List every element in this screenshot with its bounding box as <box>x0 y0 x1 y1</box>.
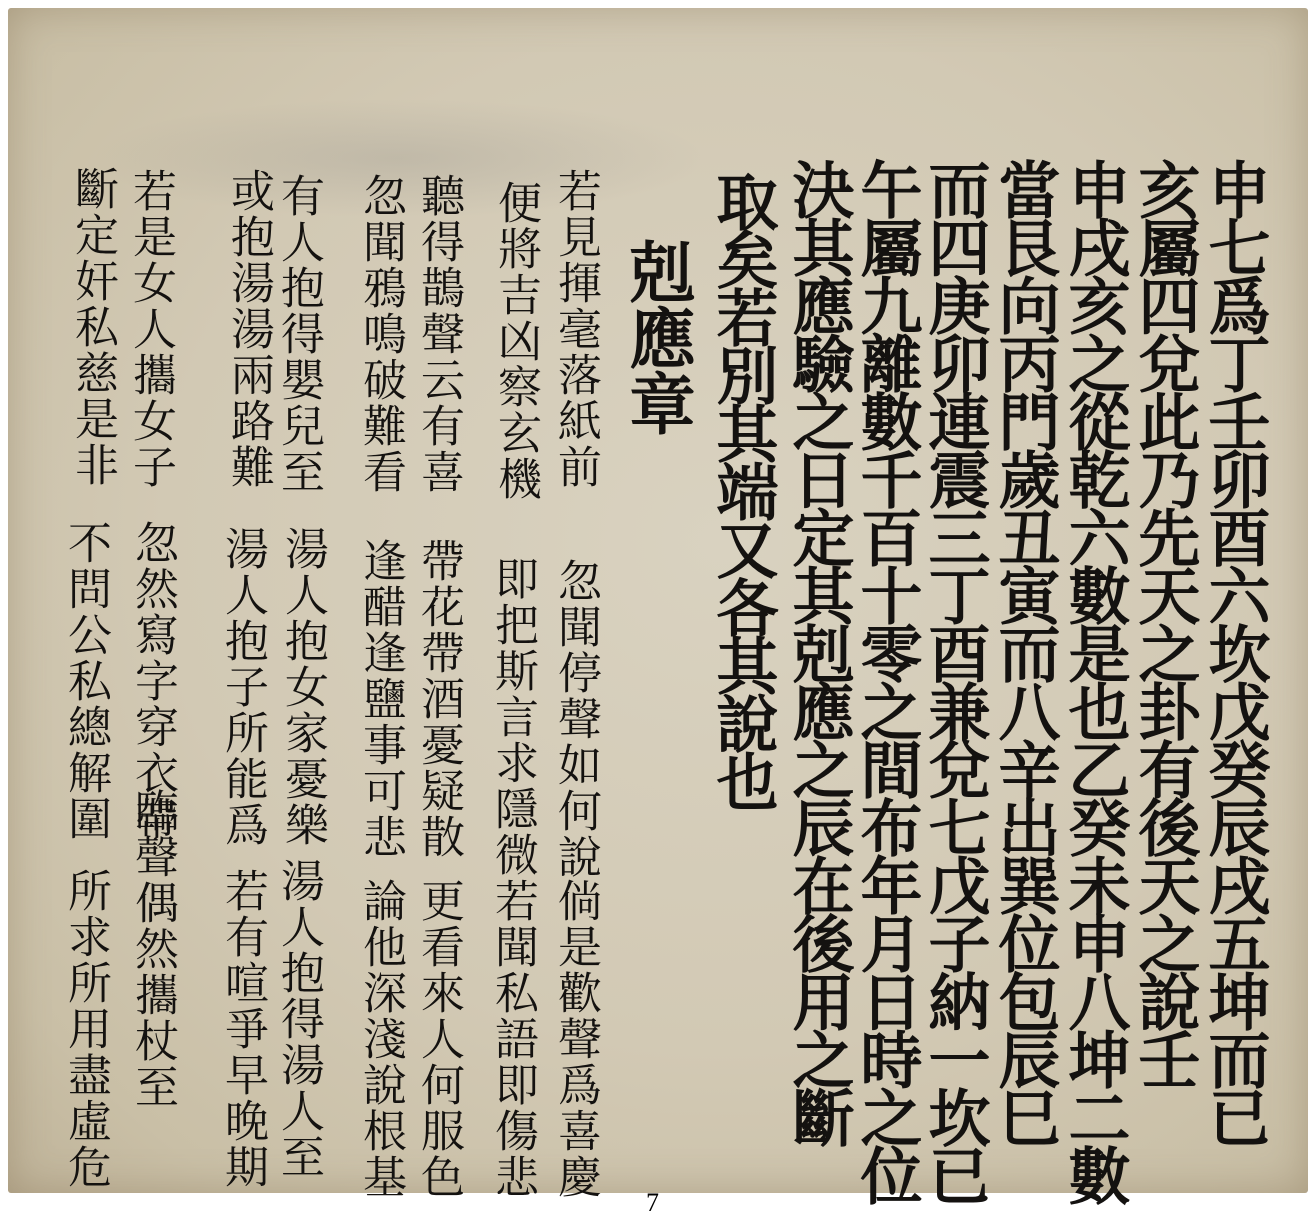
verse-line: 聽得鵲聲云有喜 <box>406 173 470 495</box>
verse-line: 便將吉凶察玄機 <box>483 180 547 502</box>
verse-line: 湯人抱女家憂樂 <box>270 526 334 848</box>
verse-line: 斷定奸私慈是非 <box>60 166 124 488</box>
verse-line: 帶花帶酒憂疑散 <box>406 538 470 860</box>
verse-line: 湯人抱子所能爲 <box>210 526 274 848</box>
manuscript-page: 申七爲丁壬卯酉六坎戊癸辰戌五坤而已 亥屬四兌此乃先天之卦有後天之說壬 申戌亥之從… <box>8 8 1308 1193</box>
verse-line: 即把斯言求隱微 <box>480 556 544 878</box>
main-text-column-8: 取矣若別其端又各其說也 <box>698 170 787 808</box>
main-text-column-7: 決其應驗之日定其剋應之辰在後用之斷 <box>774 158 863 1144</box>
verse-line: 論他深淺說根基 <box>348 878 412 1200</box>
verse-line: 若有喧爭早晚期 <box>210 868 274 1190</box>
verse-line: 若是女人攜女子 <box>118 168 182 490</box>
verse-line: 若聞私語即傷悲 <box>480 878 544 1200</box>
verse-line: 若見揮毫落紙前 <box>543 168 607 490</box>
section-heading: 剋應章 <box>610 238 705 436</box>
verse-line: 更看來人何服色 <box>406 878 470 1200</box>
verse-line: 倘是歡聲爲喜慶 <box>543 878 607 1200</box>
verse-line: 逢醋逢鹽事可悲 <box>348 538 412 860</box>
verse-line: 忽聞停聲如何說 <box>543 558 607 880</box>
verse-line: 忽聞鴉鳴破難看 <box>348 173 412 495</box>
verse-line: 不問公私總解圍 <box>53 520 117 842</box>
verse-line: 湯人抱得湯人至 <box>266 858 330 1180</box>
verse-line: 所求所用盡虛危 <box>53 868 117 1190</box>
verse-line: 臨聲偶然攜杖至 <box>120 788 184 1110</box>
page-number: 7 <box>646 1188 659 1218</box>
verse-line: 或抱湯湯兩路難 <box>216 168 280 490</box>
